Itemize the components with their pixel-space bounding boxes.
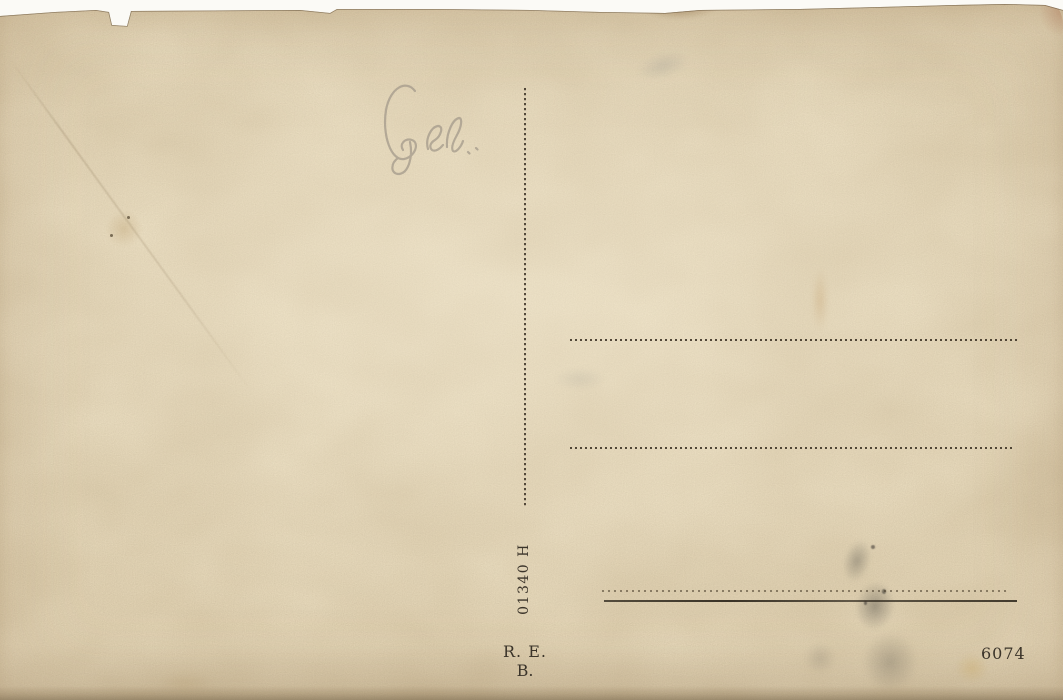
postcard: 01340 H R. E. B. 6074 [0,0,1063,700]
stain-top-edge [633,3,725,27]
graphite-speck [871,545,875,549]
publisher-initials-line2: B. [495,661,555,680]
stain-corner-top-right [1028,0,1063,52]
center-divider-line [524,88,526,507]
address-line-1 [570,339,1018,341]
card-number: 6074 [981,644,1026,663]
stain-speck [110,234,113,237]
publisher-initials-line1: R. E. [495,642,555,661]
address-line-solid [604,600,1017,602]
address-line-2 [570,447,1014,449]
graphite-smudge [798,636,842,680]
address-line-3 [602,590,1010,592]
stain-smudge-middle [543,363,617,395]
stain-streak-right [808,256,832,344]
plate-number: 01340 H [514,539,534,619]
stain-left-brown [98,203,150,255]
bottom-edge-shadow [0,686,1063,700]
